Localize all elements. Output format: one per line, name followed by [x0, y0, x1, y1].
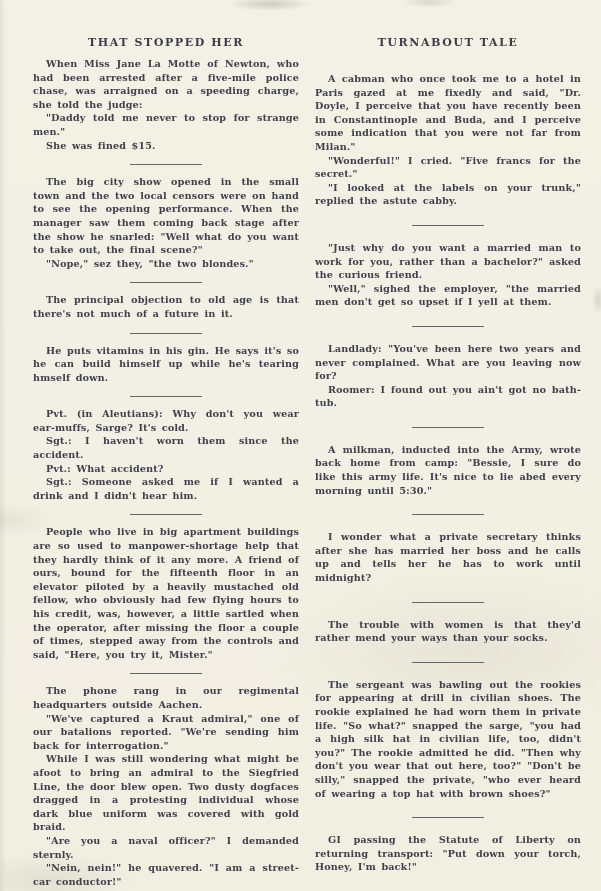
story: The big city show opened in the small to…	[33, 176, 299, 271]
story: People who live in big apartment buildin…	[33, 526, 299, 662]
story-divider-rule	[130, 164, 202, 165]
story-paragraph: "Are you a naval officer?" I demanded st…	[33, 835, 299, 862]
story-paragraph: When Miss Jane La Motte of Newton, who h…	[33, 58, 299, 112]
story-divider-rule	[412, 662, 484, 663]
left-column-stories: When Miss Jane La Motte of Newton, who h…	[33, 58, 299, 889]
story-paragraph: A milkman, inducted into the Army, wrote…	[315, 444, 581, 498]
story-paragraph: "Daddy told me never to stop for strange…	[33, 112, 299, 139]
story-paragraph: People who live in big apartment buildin…	[33, 526, 299, 662]
left-column-title: THAT STOPPED HER	[33, 36, 299, 49]
story-divider-rule	[130, 514, 202, 515]
story-divider-rule	[412, 427, 484, 428]
story: When Miss Jane La Motte of Newton, who h…	[33, 58, 299, 153]
story: The trouble with women is that they'd ra…	[315, 619, 581, 646]
scanned-page: THAT STOPPED HER When Miss Jane La Motte…	[0, 0, 601, 891]
story-divider-rule	[412, 602, 484, 603]
story-paragraph: Roomer: I found out you ain't got no bat…	[315, 384, 581, 411]
story-divider-rule	[130, 673, 202, 674]
story-paragraph: Pvt.: What accident?	[33, 463, 299, 477]
story-paragraph: The phone rang in our regimental headqua…	[33, 685, 299, 712]
story-divider-rule	[412, 817, 484, 818]
story-divider-rule	[412, 326, 484, 327]
story-paragraph: Sgt.: Someone asked me if I wanted a dri…	[33, 476, 299, 503]
story-paragraph: GI passing the Statute of Liberty on ret…	[315, 834, 581, 875]
story-paragraph: "Well," sighed the employer, "the marrie…	[315, 283, 581, 310]
story: A cabman who once took me to a hotel in …	[315, 73, 581, 209]
story-divider-rule	[412, 225, 484, 226]
left-column: THAT STOPPED HER When Miss Jane La Motte…	[33, 36, 299, 891]
story-paragraph: Sgt.: I haven't worn them since the acci…	[33, 435, 299, 462]
story: The principal objection to old age is th…	[33, 294, 299, 321]
story-paragraph: A cabman who once took me to a hotel in …	[315, 73, 581, 155]
story-divider-rule	[130, 282, 202, 283]
story-divider-rule	[412, 514, 484, 515]
right-column-stories: A cabman who once took me to a hotel in …	[315, 73, 581, 875]
story-paragraph: She was fined $15.	[33, 140, 299, 154]
story-paragraph: The big city show opened in the small to…	[33, 176, 299, 258]
story: Landlady: "You've been here two years an…	[315, 343, 581, 411]
story: The phone rang in our regimental headqua…	[33, 685, 299, 889]
story-divider-rule	[130, 333, 202, 334]
story-paragraph: "Nein, nein!" he quavered. "I am a stree…	[33, 862, 299, 889]
right-column: TURNABOUT TALE A cabman who once took me…	[315, 36, 581, 891]
story-paragraph: "Nope," sez they, "the two blondes."	[33, 258, 299, 272]
story-paragraph: Landlady: "You've been here two years an…	[315, 343, 581, 384]
right-column-title: TURNABOUT TALE	[315, 36, 581, 49]
story: He puts vitamins in his gin. He says it'…	[33, 345, 299, 386]
story: The sergeant was bawling out the rookies…	[315, 679, 581, 801]
story-paragraph: He puts vitamins in his gin. He says it'…	[33, 345, 299, 386]
story: Pvt. (in Aleutians): Why don't you wear …	[33, 408, 299, 503]
story-paragraph: "We've captured a Kraut admiral," one of…	[33, 713, 299, 754]
story: "Just why do you want a married man to w…	[315, 242, 581, 310]
story-paragraph: "Wonderful!" I cried. "Five francs for t…	[315, 155, 581, 182]
story-paragraph: "I looked at the labels on your trunk," …	[315, 182, 581, 209]
story-paragraph: "Just why do you want a married man to w…	[315, 242, 581, 283]
story-paragraph: Pvt. (in Aleutians): Why don't you wear …	[33, 408, 299, 435]
story: GI passing the Statute of Liberty on ret…	[315, 834, 581, 875]
story-paragraph: While I was still wondering what might b…	[33, 753, 299, 835]
story-paragraph: The sergeant was bawling out the rookies…	[315, 679, 581, 801]
story: I wonder what a private secretary thinks…	[315, 531, 581, 585]
story-paragraph: The principal objection to old age is th…	[33, 294, 299, 321]
story: A milkman, inducted into the Army, wrote…	[315, 444, 581, 498]
story-paragraph: I wonder what a private secretary thinks…	[315, 531, 581, 585]
story-divider-rule	[130, 396, 202, 397]
story-paragraph: The trouble with women is that they'd ra…	[315, 619, 581, 646]
